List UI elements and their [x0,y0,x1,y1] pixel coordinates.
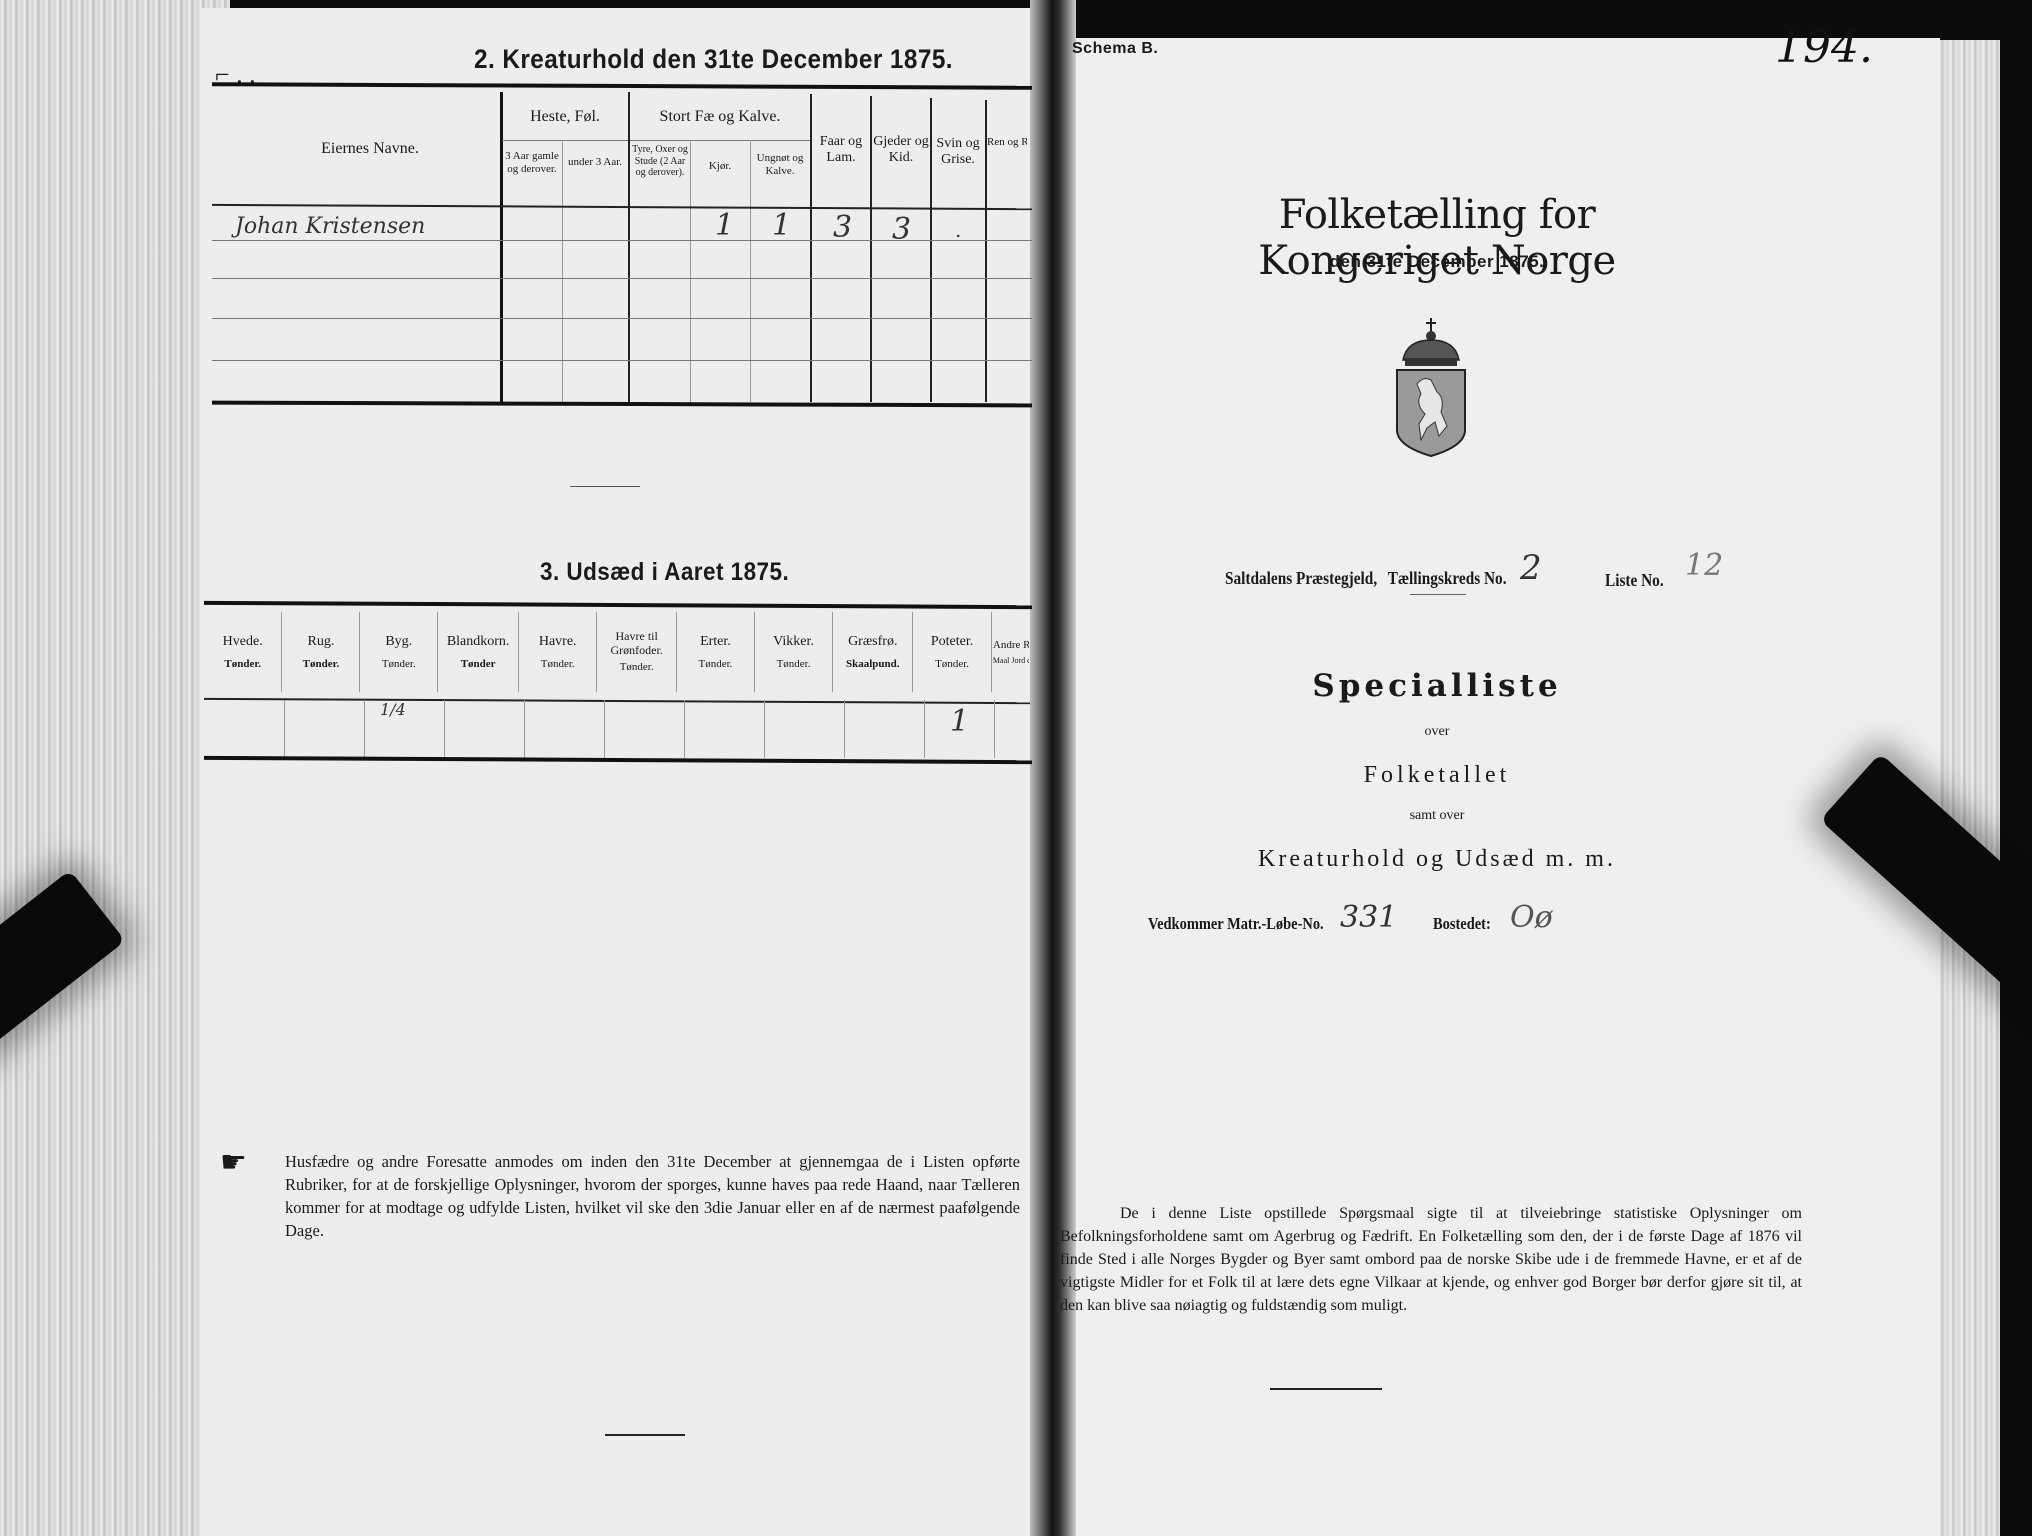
matr-label: Vedkommer Matr.-Løbe-No. [1148,914,1324,934]
specialliste-heading: Specialliste [1272,668,1602,704]
col-divider [364,700,365,758]
col-owner-header: Eiernes Navne. [290,140,450,158]
page-number: 194. [1775,22,1873,73]
pointing-hand-icon: ☛ [220,1148,247,1178]
samt-over-text: samt over [1352,808,1522,824]
over-text: over [1372,724,1502,740]
col-kjor-header: Kjør. [690,160,750,173]
col-ungnot-header: Ungnøt og Kalve. [750,152,810,177]
schema-label: Schema B. [1072,40,1158,58]
col-faar-header: Faar og Lam. [812,134,870,166]
kreaturhold-heading: Kreaturhold og Udsæd m. m. [1172,846,1702,873]
col-divider [604,700,605,758]
col-byg: Byg. Tønder. [360,612,438,692]
norwegian-coat-of-arms-icon [1393,318,1469,458]
col-heste-header: Heste, Føl. [502,108,628,126]
separator-mark [570,486,640,487]
col-erter: Erter. Tønder. [677,612,755,692]
col-blandkorn: Blandkorn. Tønder [438,612,519,692]
ungnot-value: 1 [772,208,791,243]
liste-value: 12 [1685,548,1723,583]
col-rug: Rug. Tønder. [282,612,360,692]
col-divider [562,140,563,402]
document-subtitle: den 31te December 1875. [1272,252,1602,272]
poteter-value: 1 [950,704,969,739]
owner-name: Johan Kristensen [235,214,425,239]
col-graesfro: Græsfrø. Skaalpund. [833,612,913,692]
col-vikker: Vikker. Tønder. [754,612,833,692]
section-2-title: 2. Kreaturhold den 31te December 1875. [474,44,953,75]
col-poteter: Poteter. Tønder. [913,612,992,692]
col-stortfae-header: Stort Fæ og Kalve. [630,108,810,126]
separator-mark [1410,594,1466,595]
svin-value: . [955,218,961,242]
gjeder-value: 3 [892,212,911,247]
left-page-edges [0,0,230,1536]
bottom-rule-left [605,1434,685,1436]
byg-value: 1/4 [380,700,406,719]
tellingskreds-label: Tællingskreds No. [1388,568,1507,588]
col-divider [690,140,691,402]
col-andre-rodfrugter: Andre Rodfrugter. Maal Jord dertil anven… [991,612,1030,692]
notice-text: Husfædre og andre Foresatte anmodes om i… [285,1150,1020,1242]
district-line: Saltdalens Præstegjeld, Tællingskreds No… [1225,568,1507,589]
col-heste-3aar-header: 3 Aar gamle og derover. [502,150,562,175]
col-divider [844,700,845,758]
col-heste-under3-header: under 3 Aar. [563,156,627,169]
kjor-value: 1 [715,208,734,243]
bottom-rule-right [1270,1388,1382,1390]
tellingskreds-value: 2 [1520,548,1542,588]
col-divider [994,700,995,758]
explanatory-paragraph: De i denne Liste opstillede Spørgsmaal s… [1060,1202,1802,1317]
scan-background-top [1060,0,2032,40]
col-havre: Havre. Tønder. [519,612,597,692]
col-divider [284,700,285,758]
row-line [212,278,1032,279]
bostedet-value: Oø [1510,900,1553,935]
district-label: Saltdalens Præstegjeld, [1225,568,1377,588]
udsaed-table: Hvede. Tønder. Rug. Tønder. Byg. Tønder.… [204,612,1030,692]
col-divider [924,700,925,758]
col-tyre-header: Tyre, Oxer og Stude (2 Aar og derover). [630,144,690,179]
folketallet-heading: Folketallet [1272,762,1602,789]
scan-background-right [2000,0,2032,1536]
header-divider [502,140,628,141]
col-ren-header: Ren og Renkalve. [987,136,1027,149]
col-gjeder-header: Gjeder og Kid. [872,134,930,166]
row-line [212,360,1032,361]
faar-value: 3 [833,210,852,245]
col-divider [524,700,525,758]
col-divider [750,140,751,402]
col-havre-gronfoder: Havre til Grønfoder. Tønder. [597,612,677,692]
section-3-title: 3. Udsæd i Aaret 1875. [540,558,789,587]
col-hvede: Hvede. Tønder. [204,612,282,692]
row-line [212,318,1032,319]
col-divider [444,700,445,758]
col-divider [500,92,503,402]
col-divider [684,700,685,758]
col-divider [764,700,765,758]
liste-label: Liste No. [1605,570,1664,591]
bostedet-label: Bostedet: [1433,914,1491,934]
matr-value: 331 [1340,900,1397,935]
header-divider [630,140,810,141]
col-divider [628,92,630,402]
col-svin-header: Svin og Grise. [932,136,984,168]
